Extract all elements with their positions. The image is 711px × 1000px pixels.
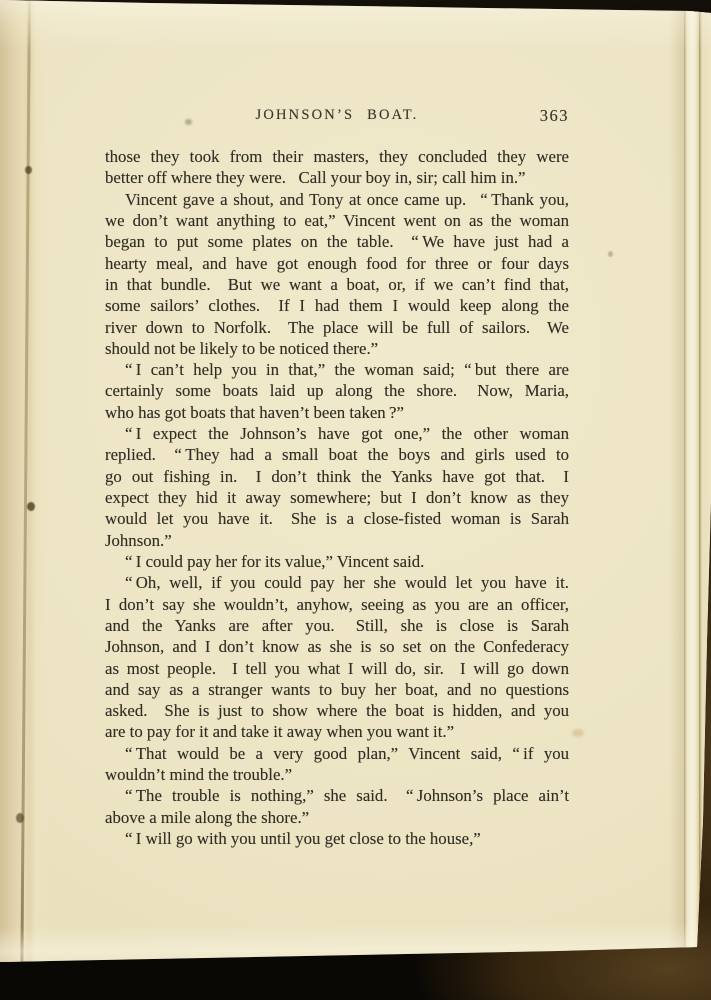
text-line: expect they hid it away somewhere; but I… bbox=[105, 487, 569, 508]
text-line: “ That would be a very good plan,” Vince… bbox=[105, 743, 569, 764]
text-line: and say as a stranger wants to buy her b… bbox=[105, 679, 569, 700]
text-line: we don’t want anything to eat,” Vincent … bbox=[105, 210, 569, 231]
running-head-title: JOHNSON’S BOAT. bbox=[105, 107, 569, 124]
paragraph: “ The trouble is nothing,” she said. “ J… bbox=[105, 785, 569, 828]
paper-speck bbox=[608, 251, 613, 257]
book-page: JOHNSON’S BOAT. 363 those they took from… bbox=[0, 0, 711, 1000]
text-line: who has got boats that haven’t been take… bbox=[105, 402, 569, 423]
text-line: would let you have it. She is a close-fi… bbox=[105, 508, 569, 529]
text-line: “ Oh, well, if you could pay her she wou… bbox=[105, 572, 569, 593]
gutter-speck bbox=[27, 502, 35, 511]
text-line: Vincent gave a shout, and Tony at once c… bbox=[105, 189, 569, 210]
text-line: “ I could pay her for its value,” Vincen… bbox=[105, 551, 569, 572]
text-line: “ The trouble is nothing,” she said. “ J… bbox=[105, 785, 569, 806]
paragraph: “ I will go with you until you get close… bbox=[105, 828, 569, 849]
paragraph: “ That would be a very good plan,” Vince… bbox=[105, 743, 569, 786]
text-line: in that bundle. But we want a boat, or, … bbox=[105, 274, 569, 295]
text-line: “ I will go with you until you get close… bbox=[105, 828, 569, 849]
paragraph: “ I expect the Johnson’s have got one,” … bbox=[105, 423, 569, 551]
page-number: 363 bbox=[540, 106, 569, 126]
text-line: Johnson, and I don’t know as she is so s… bbox=[105, 636, 569, 657]
text-line: are to pay for it and take it away when … bbox=[105, 721, 569, 742]
text-line: asked. She is just to show where the boa… bbox=[105, 700, 569, 721]
text-line: and the Yanks are after you. Still, she … bbox=[105, 615, 569, 636]
text-line: began to put some plates on the table. “… bbox=[105, 231, 569, 252]
text-line: Johnson.” bbox=[105, 530, 569, 551]
text-line: go out fishing in. I don’t think the Yan… bbox=[105, 466, 569, 487]
text-line: hearty meal, and have got enough food fo… bbox=[105, 253, 569, 274]
text-line: should not be likely to be noticed there… bbox=[105, 338, 569, 359]
text-block: those they took from their masters, they… bbox=[105, 146, 569, 849]
text-line: I don’t say she wouldn’t, anyhow, seeing… bbox=[105, 594, 569, 615]
text-line: certainly some boats laid up along the s… bbox=[105, 380, 569, 401]
text-line: above a mile along the shore.” bbox=[105, 807, 569, 828]
gutter-speck bbox=[16, 813, 24, 823]
text-line: river down to Norfolk. The place will be… bbox=[105, 317, 569, 338]
page-fore-edge bbox=[684, 0, 699, 1000]
paper-speck bbox=[572, 729, 584, 737]
text-line: “ I expect the Johnson’s have got one,” … bbox=[105, 423, 569, 444]
text-line: some sailors’ clothes. If I had them I w… bbox=[105, 295, 569, 316]
text-line: better off where they were. Call your bo… bbox=[105, 167, 569, 188]
text-line: those they took from their masters, they… bbox=[105, 146, 569, 167]
paragraph: Vincent gave a shout, and Tony at once c… bbox=[105, 189, 569, 360]
text-line: “ I can’t help you in that,” the woman s… bbox=[105, 359, 569, 380]
paragraph: “ I can’t help you in that,” the woman s… bbox=[105, 359, 569, 423]
paragraph: those they took from their masters, they… bbox=[105, 146, 569, 189]
running-header: JOHNSON’S BOAT. 363 bbox=[105, 107, 569, 129]
paragraph: “ Oh, well, if you could pay her she wou… bbox=[105, 572, 569, 743]
page-content: JOHNSON’S BOAT. 363 those they took from… bbox=[105, 0, 569, 1000]
paragraph: “ I could pay her for its value,” Vincen… bbox=[105, 551, 569, 572]
text-line: wouldn’t mind the trouble.” bbox=[105, 764, 569, 785]
gutter-speck bbox=[25, 166, 32, 174]
text-line: replied. “ They had a small boat the boy… bbox=[105, 444, 569, 465]
text-line: as most people. I tell you what I will d… bbox=[105, 658, 569, 679]
book-scan: JOHNSON’S BOAT. 363 those they took from… bbox=[0, 0, 711, 1000]
